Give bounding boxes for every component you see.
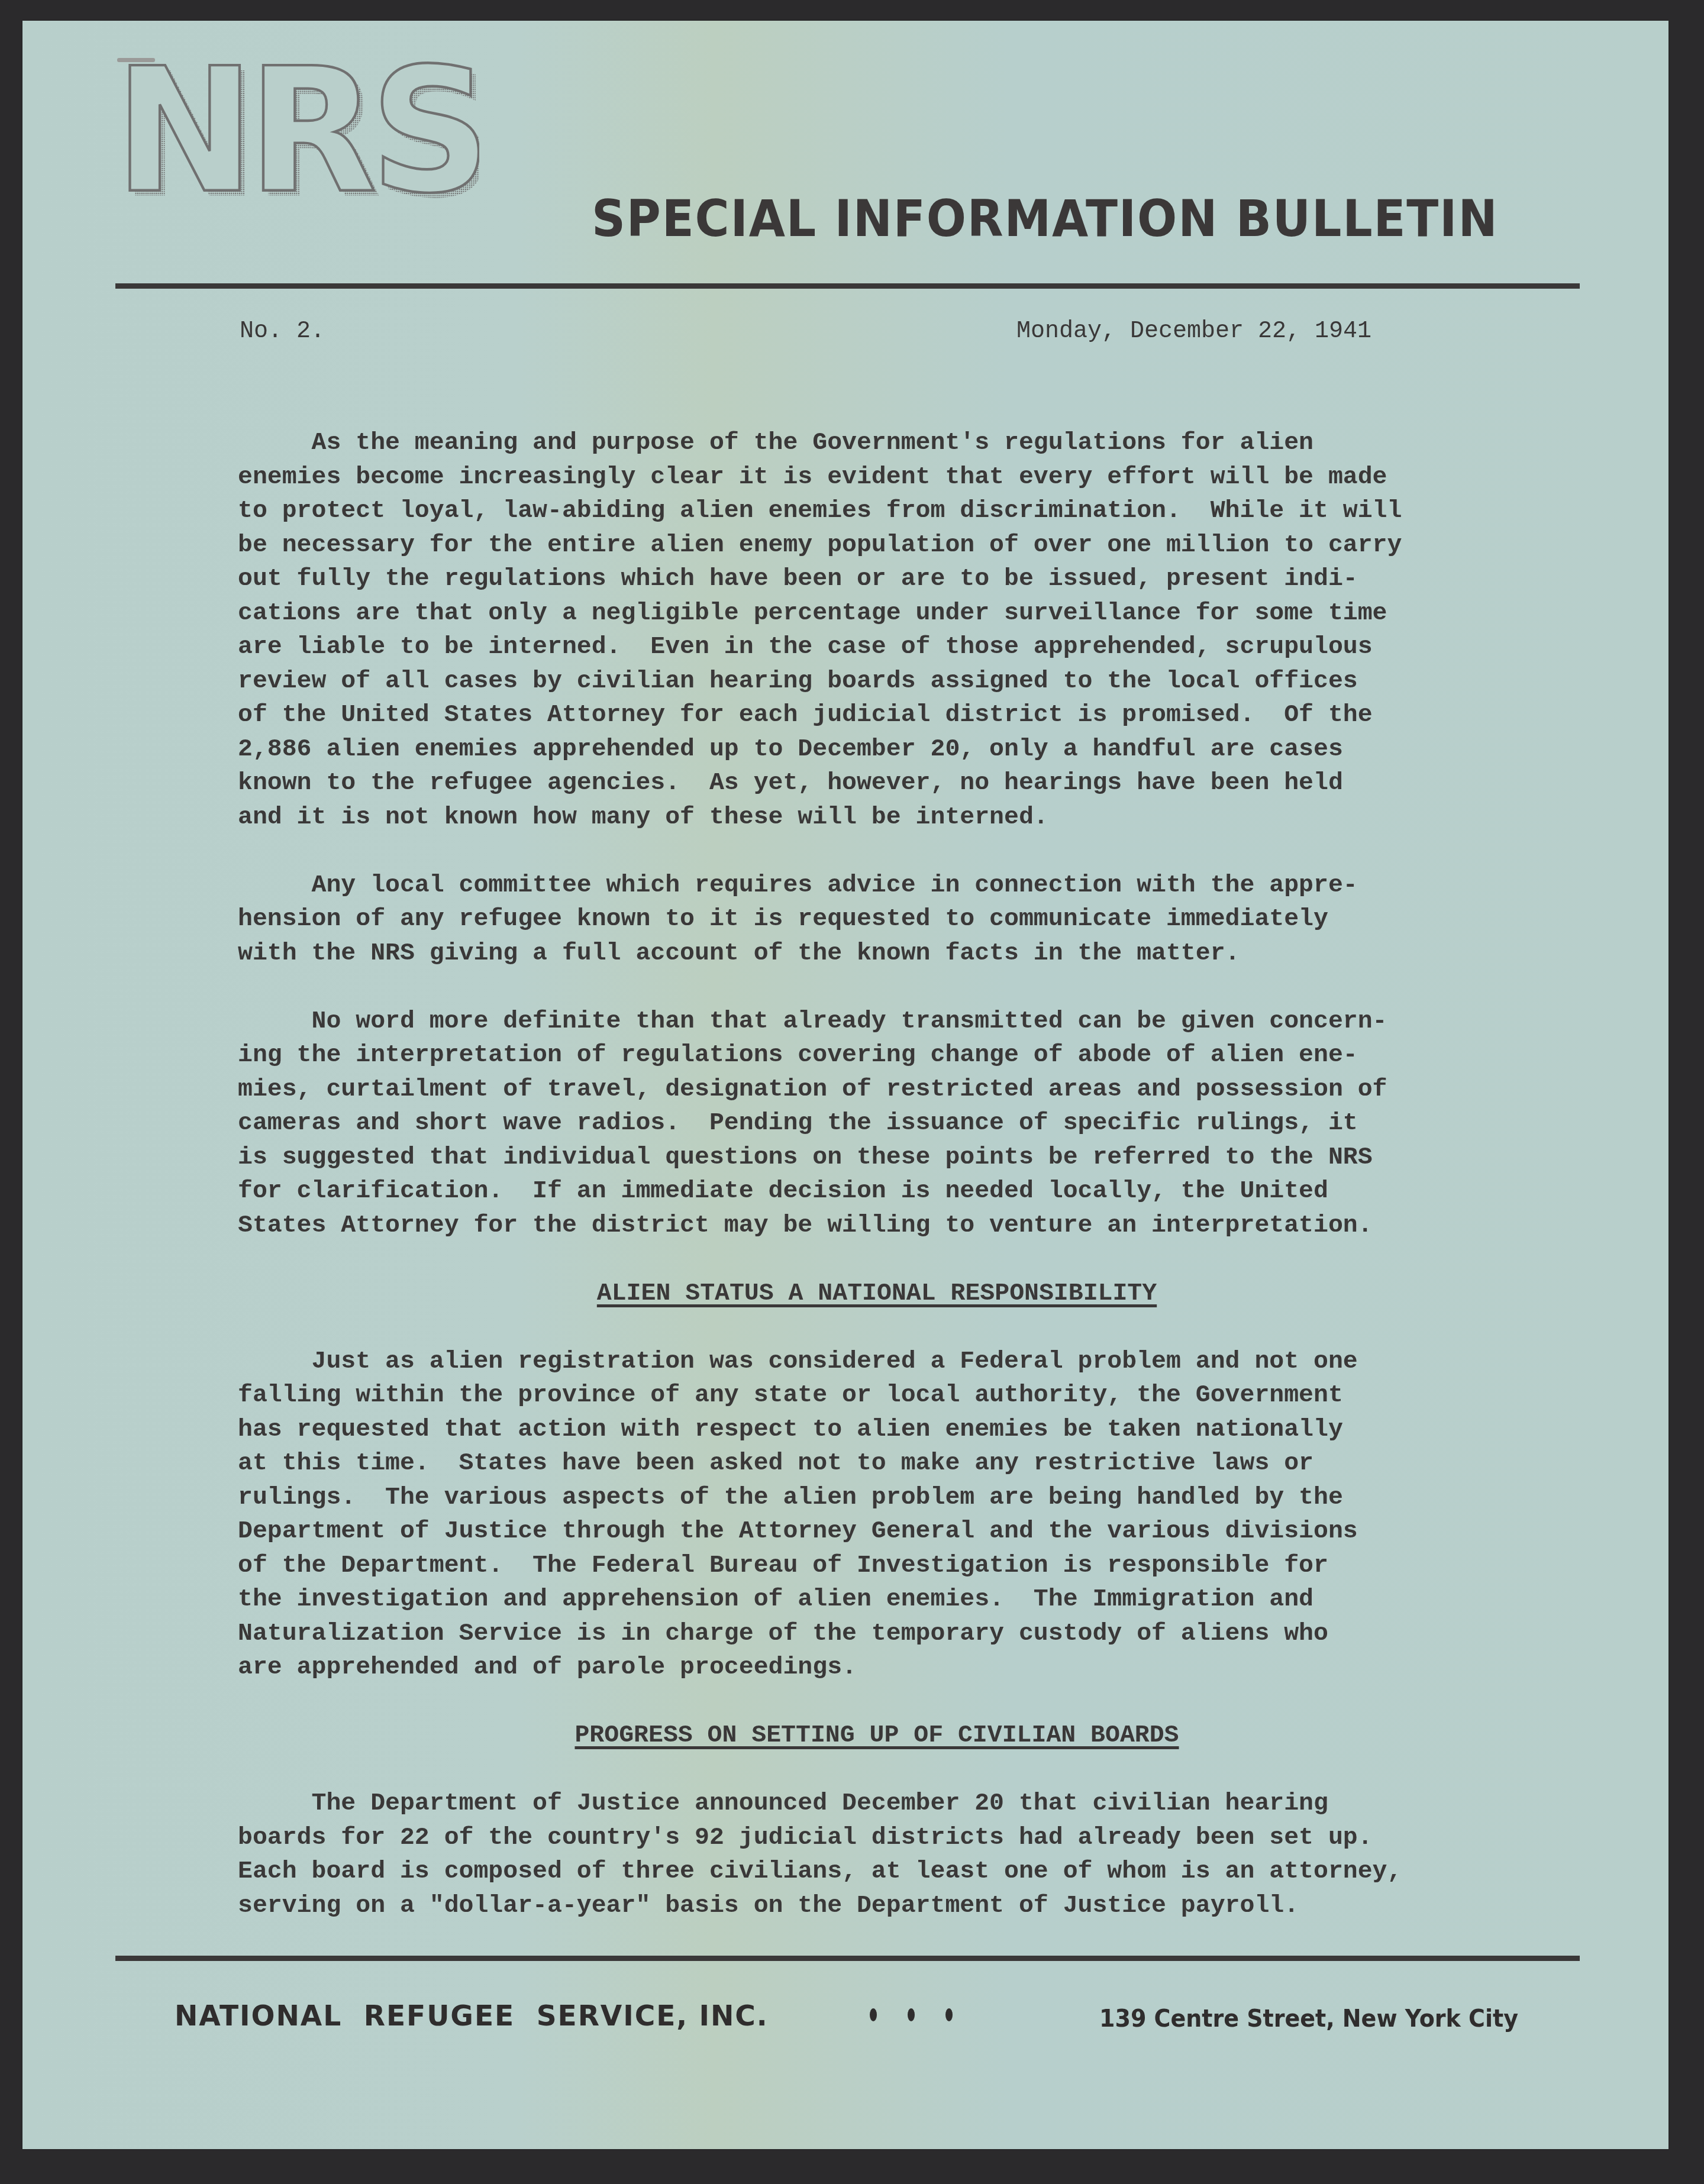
nrs-logo: NRS NRS	[112, 59, 479, 219]
text-line: the investigation and apprehension of al…	[238, 1582, 1516, 1617]
text-line: to protect loyal, law-abiding alien enem…	[238, 494, 1516, 528]
text-line: Any local committee which requires advic…	[238, 868, 1516, 903]
footer-rule	[115, 1956, 1580, 1961]
text-line: has requested that action with respect t…	[238, 1413, 1516, 1447]
text-line: Naturalization Service is in charge of t…	[238, 1617, 1516, 1651]
text-line: boards for 22 of the country's 92 judici…	[238, 1821, 1516, 1855]
text-line: rulings. The various aspects of the alie…	[238, 1481, 1516, 1515]
text-line: review of all cases by civilian hearing …	[238, 664, 1516, 699]
footer-address: 139 Centre Street, New York City	[1099, 2005, 1518, 2033]
text-line: States Attorney for the district may be …	[238, 1209, 1516, 1243]
text-line: Department of Justice through the Attorn…	[238, 1514, 1516, 1549]
nrs-outline-logo-icon: NRS NRS	[112, 59, 479, 219]
paragraph-alien-regulations: As the meaning and purpose of the Govern…	[238, 426, 1516, 834]
bulletin-body: As the meaning and purpose of the Govern…	[238, 426, 1516, 1957]
text-line: at this time. States have been asked not…	[238, 1446, 1516, 1481]
text-line: serving on a "dollar-a-year" basis on th…	[238, 1889, 1516, 1923]
paragraph-local-committee: Any local committee which requires advic…	[238, 868, 1516, 971]
footer-separator-dots	[870, 2008, 953, 2021]
text-line: hension of any refugee known to it is re…	[238, 902, 1516, 936]
text-line: No word more definite than that already …	[238, 1004, 1516, 1039]
header-rule	[115, 283, 1580, 289]
text-line: with the NRS giving a full account of th…	[238, 936, 1516, 971]
text-line: are apprehended and of parole proceeding…	[238, 1650, 1516, 1685]
text-line: for clarification. If an immediate decis…	[238, 1174, 1516, 1209]
text-line: Each board is composed of three civilian…	[238, 1855, 1516, 1889]
text-line: are liable to be interned. Even in the c…	[238, 630, 1516, 664]
text-line: out fully the regulations which have bee…	[238, 562, 1516, 596]
text-line: known to the refugee agencies. As yet, h…	[238, 766, 1516, 800]
bulletin-title: SPECIAL INFORMATION BULLETIN	[592, 189, 1498, 248]
text-line: mies, curtailment of travel, designation…	[238, 1072, 1516, 1107]
bullet-dot-icon	[870, 2008, 877, 2021]
text-line: of the United States Attorney for each j…	[238, 698, 1516, 732]
footer-organization: NATIONAL REFUGEE SERVICE, INC.	[175, 1999, 769, 2033]
bulletin-number: No. 2.	[240, 318, 325, 345]
paragraph-civilian-boards: The Department of Justice announced Dece…	[238, 1786, 1516, 1923]
text-line: enemies become increasingly clear it is …	[238, 460, 1516, 495]
text-line: 2,886 alien enemies apprehended up to De…	[238, 732, 1516, 767]
text-line: The Department of Justice announced Dece…	[238, 1786, 1516, 1821]
section-heading: ALIEN STATUS A NATIONAL RESPONSIBILITY	[238, 1277, 1516, 1311]
svg-text:NRS: NRS	[114, 59, 479, 219]
text-line: ing the interpretation of regulations co…	[238, 1038, 1516, 1072]
text-line: be necessary for the entire alien enemy …	[238, 528, 1516, 563]
text-line: cations are that only a negligible perce…	[238, 596, 1516, 631]
section-heading: PROGRESS ON SETTING UP OF CIVILIAN BOARD…	[238, 1718, 1516, 1753]
bulletin-date: Monday, December 22, 1941	[1016, 318, 1371, 345]
text-line: Just as alien registration was considere…	[238, 1345, 1516, 1379]
text-line: and it is not known how many of these wi…	[238, 800, 1516, 835]
bullet-dot-icon	[945, 2008, 953, 2021]
text-line: is suggested that individual questions o…	[238, 1141, 1516, 1175]
text-line: As the meaning and purpose of the Govern…	[238, 426, 1516, 460]
bullet-dot-icon	[908, 2008, 915, 2021]
paragraph-national-responsibility: Just as alien registration was considere…	[238, 1345, 1516, 1685]
text-line: falling within the province of any state…	[238, 1378, 1516, 1413]
paragraph-interpretation: No word more definite than that already …	[238, 1004, 1516, 1243]
text-line: of the Department. The Federal Bureau of…	[238, 1549, 1516, 1583]
text-line: cameras and short wave radios. Pending t…	[238, 1106, 1516, 1141]
